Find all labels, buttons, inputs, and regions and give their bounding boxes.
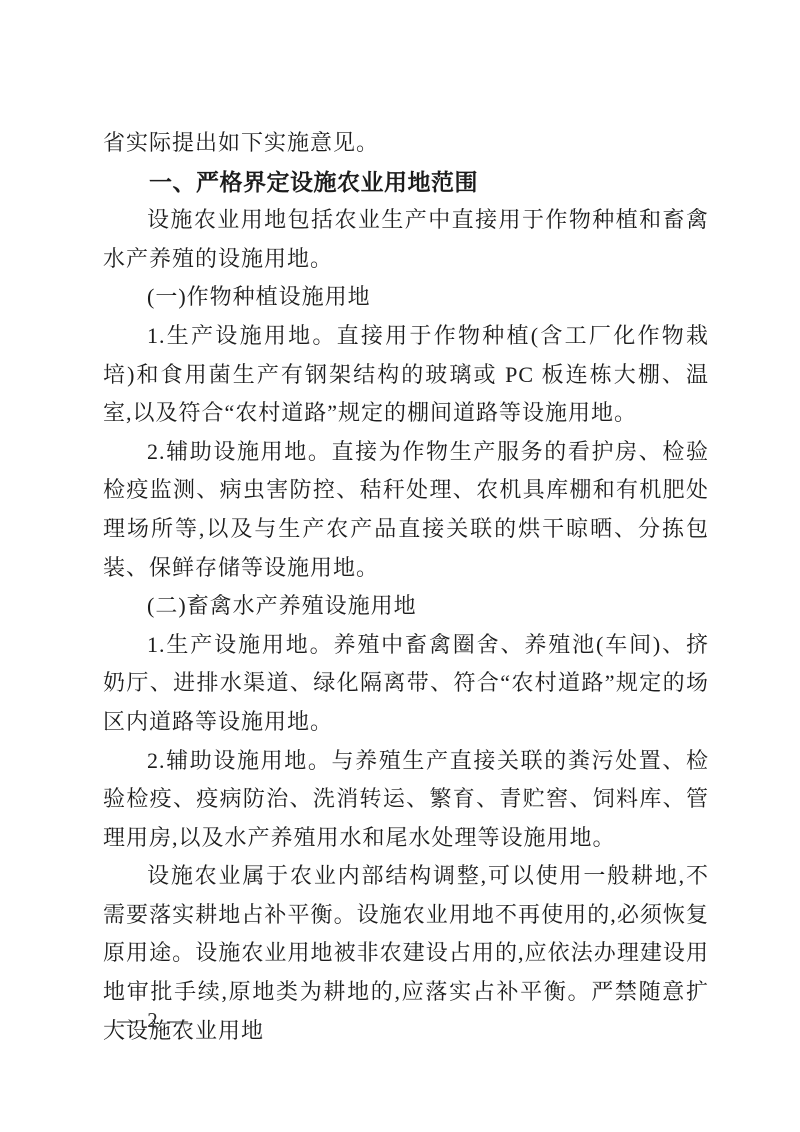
continuation-line: 省实际提出如下实施意见。	[103, 124, 709, 163]
paragraph-livestock-1: 1.生产设施用地。养殖中畜禽圈舍、养殖池(车间)、挤奶厅、进排水渠道、绿化隔离带…	[103, 626, 709, 742]
paragraph-intro: 设施农业用地包括农业生产中直接用于作物种植和畜禽水产养殖的设施用地。	[103, 201, 709, 278]
subheading-crop: (一)作物种植设施用地	[103, 278, 709, 317]
paragraph-crop-2: 2.辅助设施用地。直接为作物生产服务的看护房、检验检疫监测、病虫害防控、秸秆处理…	[103, 433, 709, 587]
paragraph-policy: 设施农业属于农业内部结构调整,可以使用一般耕地,不需要落实耕地占补平衡。设施农业…	[103, 857, 709, 1050]
document-page: 省实际提出如下实施意见。 一、严格界定设施农业用地范围 设施农业用地包括农业生产…	[0, 0, 800, 1132]
document-body: 省实际提出如下实施意见。 一、严格界定设施农业用地范围 设施农业用地包括农业生产…	[103, 124, 709, 1050]
paragraph-crop-1: 1.生产设施用地。直接用于作物种植(含工厂化作物栽培)和食用菌生产有钢架结构的玻…	[103, 317, 709, 433]
paragraph-livestock-2: 2.辅助设施用地。与养殖生产直接关联的粪污处置、检验检疫、疫病防治、洗消转运、繁…	[103, 742, 709, 858]
section-heading-1: 一、严格界定设施农业用地范围	[103, 163, 709, 202]
subheading-livestock: (二)畜禽水产养殖设施用地	[103, 587, 709, 626]
page-number: — 2 —	[117, 1008, 190, 1033]
